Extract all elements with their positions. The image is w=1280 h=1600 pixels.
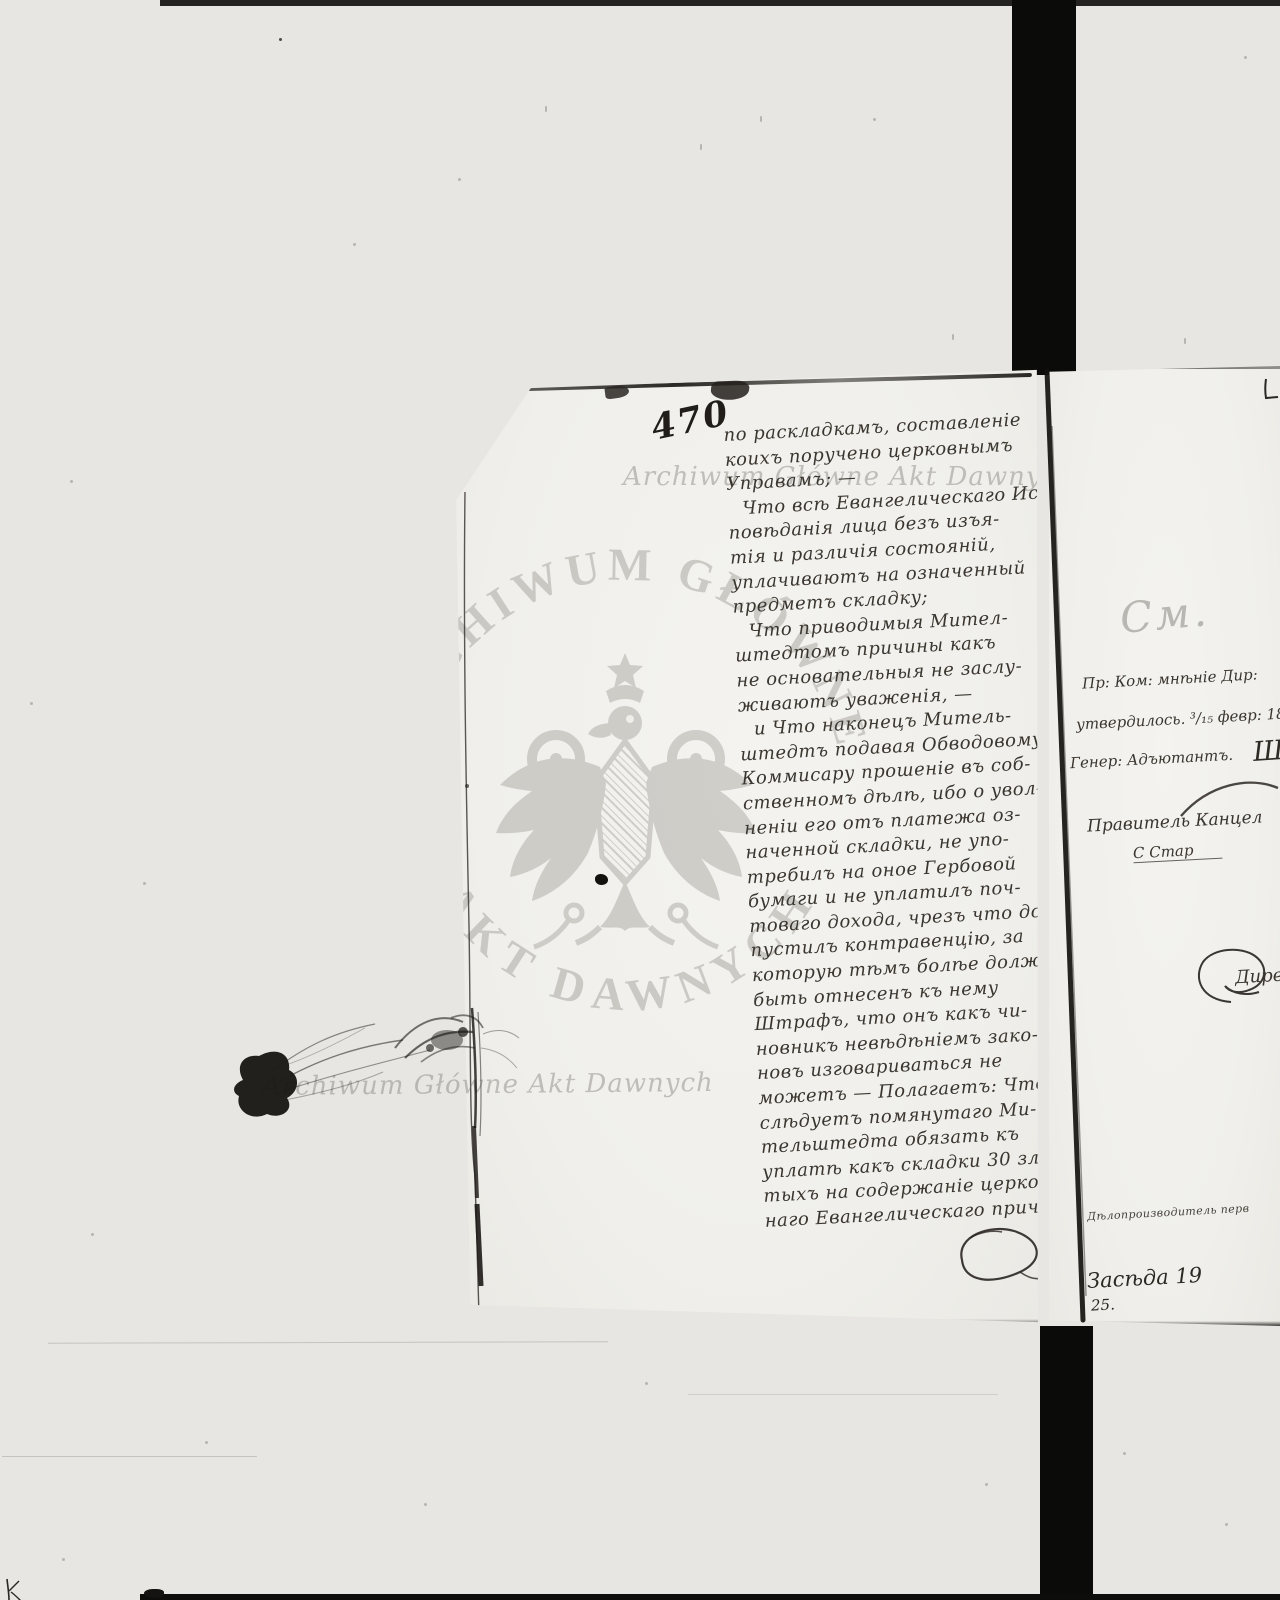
speck [62, 1558, 65, 1561]
torn-paper-bit [604, 384, 629, 399]
page-number: 470 [648, 392, 734, 449]
resolution-mark: См. [1118, 586, 1211, 643]
scratch-line [48, 1341, 608, 1343]
director-signature: Дире [1234, 965, 1280, 989]
film-bar-bottom [1040, 1326, 1093, 1600]
speck [700, 144, 702, 150]
secretary-signature: С Стар [1133, 840, 1222, 864]
scratch-line [2, 1456, 257, 1457]
chancellery-line: Правитель Канцел [1087, 807, 1263, 836]
ink-blot [595, 874, 608, 885]
film-edge-bottom [140, 1594, 1280, 1600]
adjutant-signature-initial: Ш [1252, 735, 1280, 768]
speck [143, 882, 146, 885]
torn-top-edge [527, 373, 1032, 391]
ink-smudge [225, 988, 525, 1140]
speck [645, 1382, 648, 1385]
speck [353, 243, 356, 246]
speck [1244, 56, 1247, 59]
speck [1184, 338, 1186, 344]
speck [91, 1233, 94, 1236]
speck [70, 480, 73, 483]
speck [30, 702, 33, 705]
film-bar-top [1012, 0, 1076, 375]
speck [424, 1503, 427, 1506]
speck [985, 1483, 988, 1486]
speck [952, 334, 954, 340]
committee-line: Пр: Ком: мнѣніе Дир: [1082, 665, 1258, 692]
eagle-emblem [496, 653, 756, 947]
archival-scan: 470 Archiwum Główne Akt Dawnych ARCHIWUM… [0, 0, 1280, 1600]
partial-stroke-top-right [1263, 378, 1280, 400]
gutter-shadow [1030, 366, 1100, 1326]
film-edge-top [160, 0, 1280, 6]
left-page: 470 Archiwum Główne Akt Dawnych ARCHIWUM… [455, 368, 1038, 1325]
speck [205, 1441, 208, 1444]
speck [279, 38, 282, 41]
speck [873, 118, 876, 121]
scratch-line [688, 1394, 998, 1395]
fold-crease [455, 486, 497, 1326]
speck [1225, 1523, 1228, 1526]
speck [545, 106, 547, 112]
session-note: Засѣда 19 [1086, 1263, 1202, 1293]
speck [1123, 1452, 1126, 1455]
film-blotch [144, 1589, 164, 1598]
speck [458, 178, 461, 181]
approval-line: утвердилось. ³/₁₅ февр: 18 [1076, 705, 1280, 734]
pen-mark-bottom-left [2, 1576, 28, 1600]
speck [760, 116, 762, 122]
clerk-note: Дѣлопроизводитель перв [1087, 1202, 1250, 1223]
